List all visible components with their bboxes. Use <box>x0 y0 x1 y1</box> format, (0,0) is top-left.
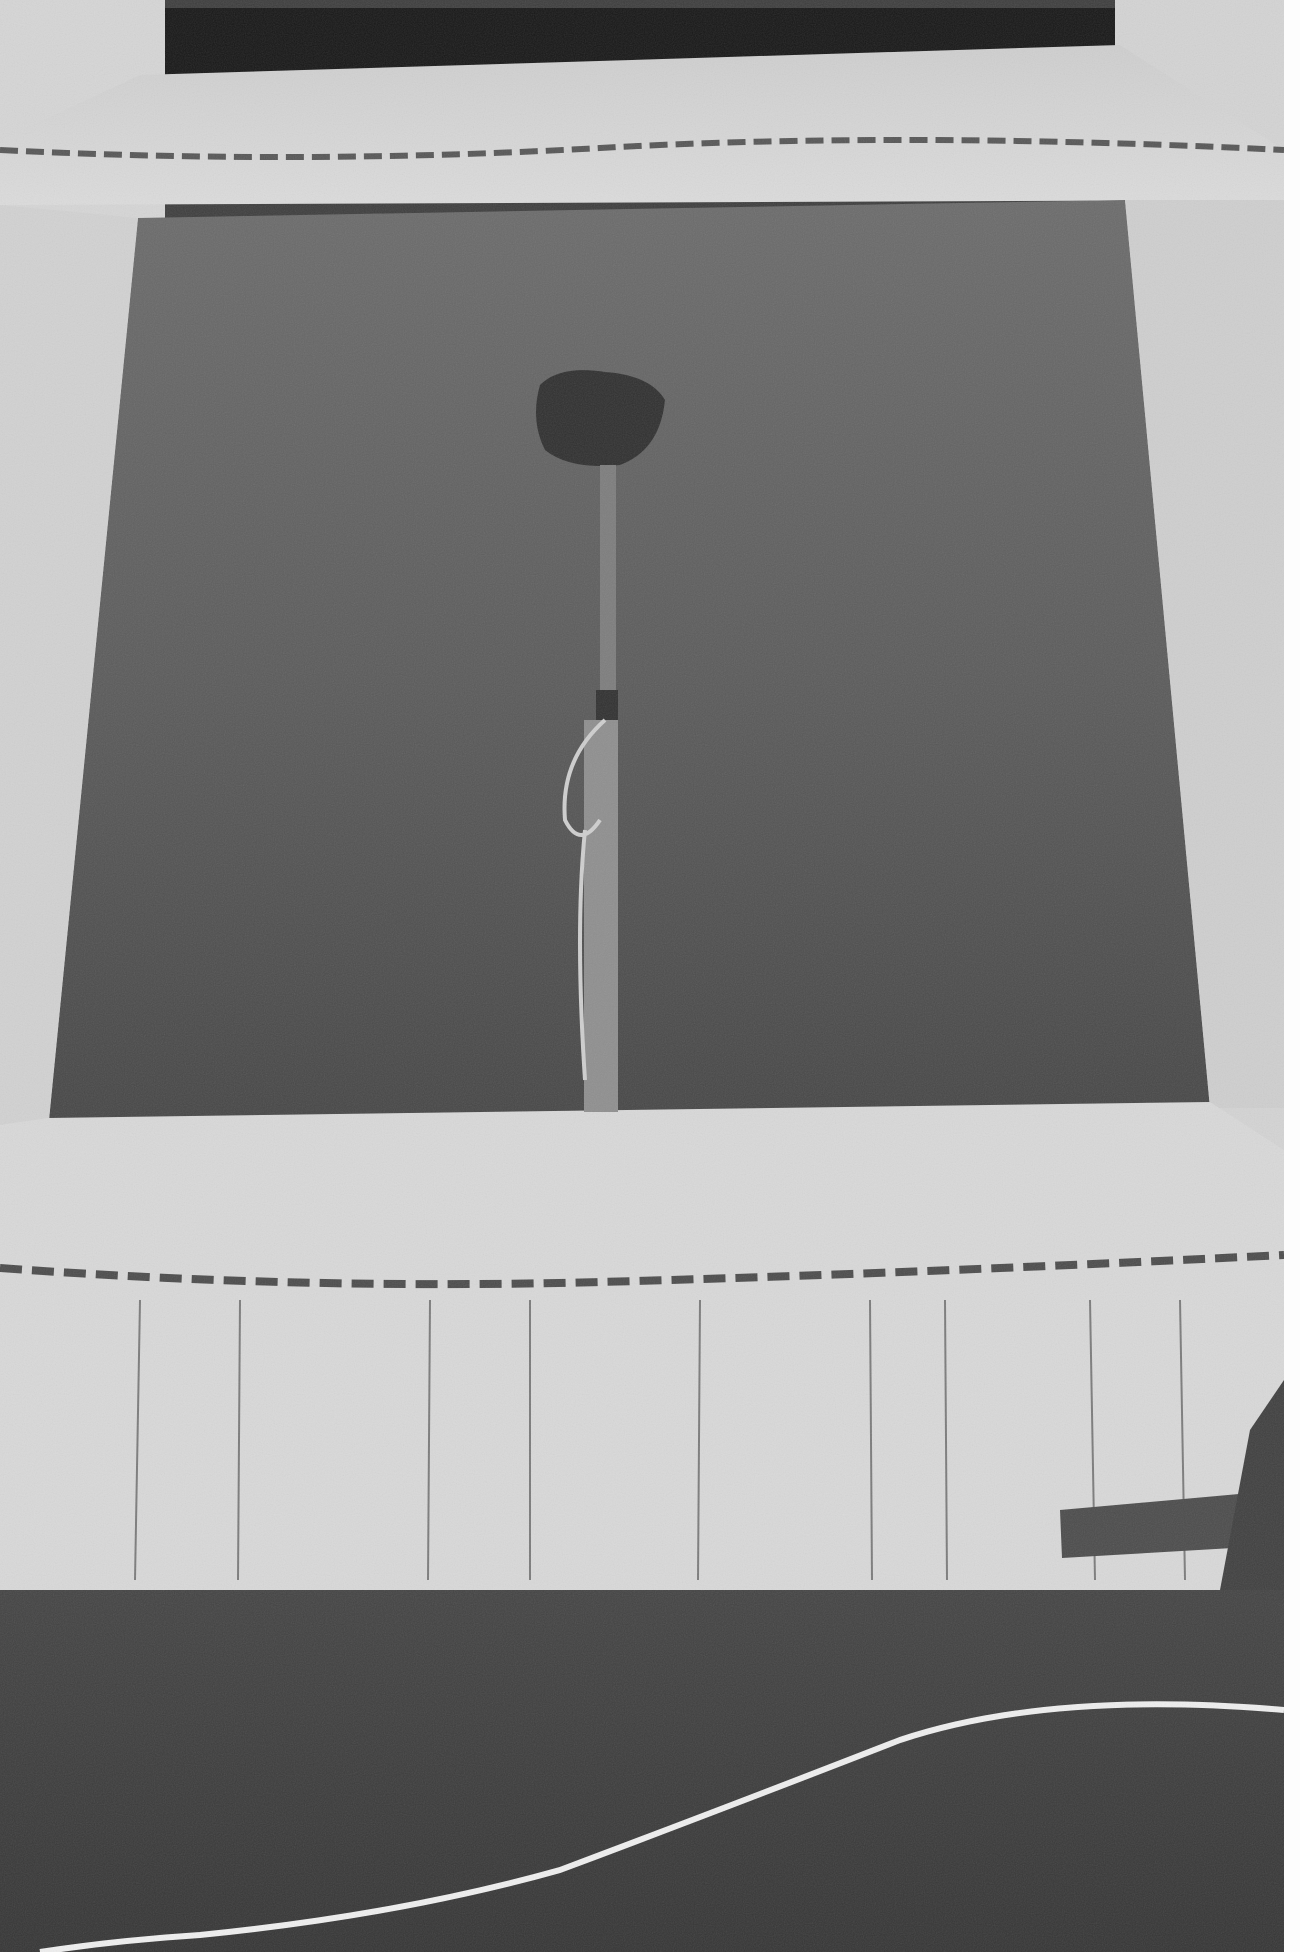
photo-scene <box>0 0 1284 1952</box>
photograph <box>0 0 1284 1952</box>
film-grain <box>0 0 1284 1952</box>
scan-margin <box>1284 0 1300 1952</box>
